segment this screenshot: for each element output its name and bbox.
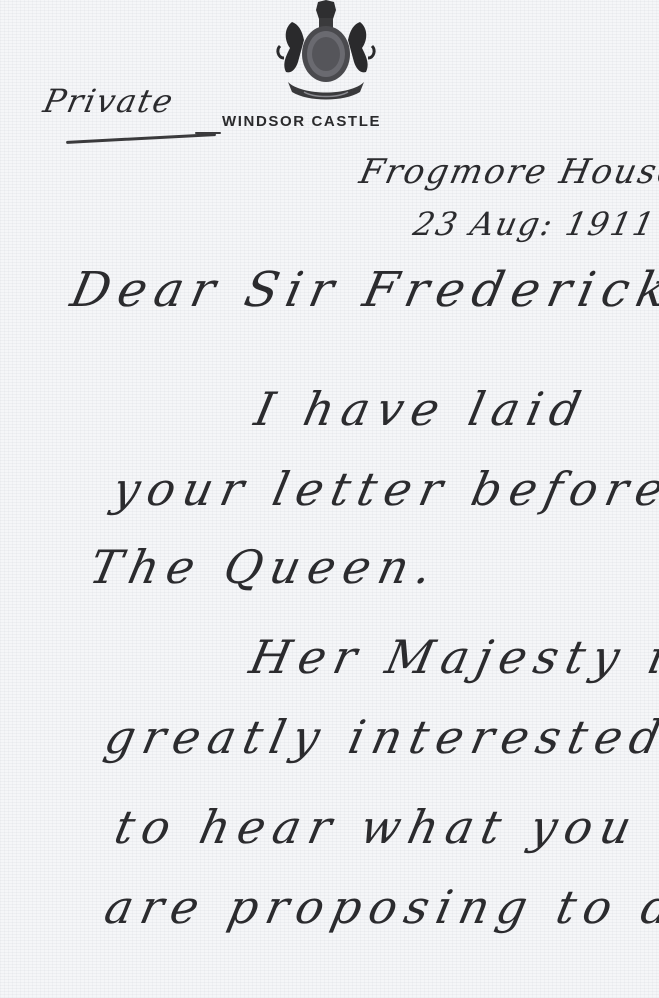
sender-address: Frogmore House [356,152,659,192]
body-line: are proposing to do [100,880,659,934]
letterhead-title: WINDSOR CASTLE [222,113,381,130]
private-underline [66,133,216,144]
body-line: your letter before [108,462,659,516]
body-line: I have laid [250,382,593,436]
salutation: Dear Sir Frederick [66,262,659,318]
private-marking: Private [40,82,178,120]
body-line: greatly interested [100,710,659,764]
letter-date: 23 Aug: 1911 [410,205,659,243]
letterhead-rule [195,132,221,134]
letter-page: WINDSOR CASTLE Private Frogmore House 23… [0,0,659,998]
body-line: Her Majesty is [245,630,659,684]
body-line: to hear what you [110,800,644,854]
royal-coat-of-arms-icon [274,0,378,104]
body-line: The Queen. [85,540,445,594]
